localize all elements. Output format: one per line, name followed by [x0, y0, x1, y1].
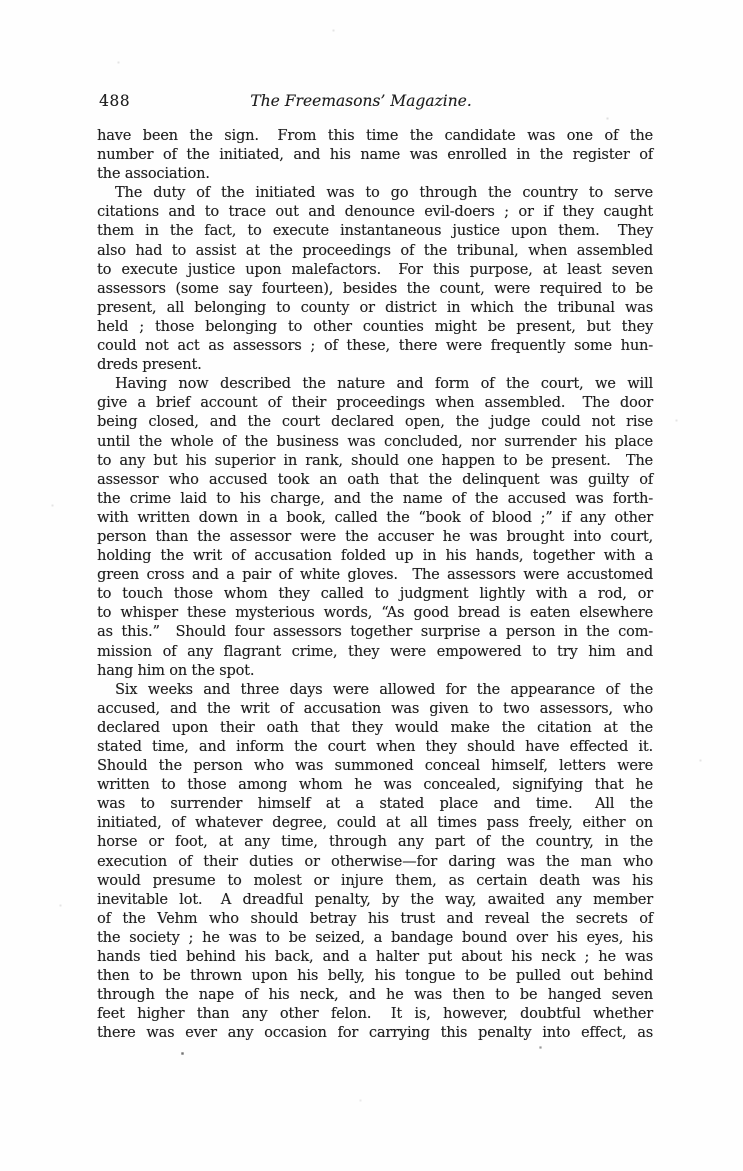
scanned-magazine-page: 488 The Freemasons’ Magazine. have been …: [0, 0, 743, 1171]
text-line: to any but his superior in rank, should …: [97, 452, 653, 471]
text-line: execution of their duties or otherwise—f…: [97, 853, 653, 872]
text-line: to execute justice upon malefactors. For…: [97, 261, 653, 280]
text-line: Should the person who was summoned conce…: [97, 757, 653, 776]
text-line: to touch those whom they called to judgm…: [97, 585, 653, 604]
text-line: also had to assist at the proceedings of…: [97, 242, 653, 261]
text-line: have been the sign. From this time the c…: [97, 127, 653, 146]
text-line: them in the fact, to execute instantaneo…: [97, 222, 653, 241]
text-line: of the Vehm who should betray his trust …: [97, 910, 653, 929]
text-line: present, all belonging to county or dist…: [97, 299, 653, 318]
text-line: held ; those belonging to other counties…: [97, 318, 653, 337]
text-line: citations and to trace out and denounce …: [97, 203, 653, 222]
text-line: number of the initiated, and his name wa…: [97, 146, 653, 165]
text-line: Six weeks and three days were allowed fo…: [97, 681, 653, 700]
text-line: Having now described the nature and form…: [97, 375, 653, 394]
text-line: as this.” Should four assessors together…: [97, 623, 653, 642]
text-line: being closed, and the court declared ope…: [97, 413, 653, 432]
text-line: to whisper these mysterious words, “As g…: [97, 604, 653, 623]
text-line: initiated, of whatever degree, could at …: [97, 814, 653, 833]
paragraph: The duty of the initiated was to go thro…: [97, 184, 653, 375]
text-line: accused, and the writ of accusation was …: [97, 700, 653, 719]
text-line: dreds present.: [97, 356, 653, 375]
text-line: hands tied behind his back, and a halter…: [97, 948, 653, 967]
text-line: feet higher than any other felon. It is,…: [97, 1005, 653, 1024]
text-line: the society ; he was to be seized, a ban…: [97, 929, 653, 948]
text-line: mission of any flagrant crime, they were…: [97, 643, 653, 662]
paragraph: Six weeks and three days were allowed fo…: [97, 681, 653, 1044]
text-line: with written down in a book, called the …: [97, 509, 653, 528]
text-line: there was ever any occasion for carrying…: [97, 1024, 653, 1043]
text-line: declared upon their oath that they would…: [97, 719, 653, 738]
paragraph: have been the sign. From this time the c…: [97, 127, 653, 184]
text-line: then to be thrown upon his belly, his to…: [97, 967, 653, 986]
text-line: horse or foot, at any time, through any …: [97, 833, 653, 852]
text-line: holding the writ of accusation folded up…: [97, 547, 653, 566]
page-header: 488 The Freemasons’ Magazine.: [97, 92, 653, 114]
text-line: The duty of the initiated was to go thro…: [97, 184, 653, 203]
text-line: could not act as assessors ; of these, t…: [97, 337, 653, 356]
text-line: was to surrender himself at a stated pla…: [97, 795, 653, 814]
text-line: stated time, and inform the court when t…: [97, 738, 653, 757]
running-head-title: The Freemasons’ Magazine.: [83, 92, 639, 110]
paragraph: Having now described the nature and form…: [97, 375, 653, 681]
text-line: the association.: [97, 165, 653, 184]
text-line: through the nape of his neck, and he was…: [97, 986, 653, 1005]
text-line: written to those among whom he was conce…: [97, 776, 653, 795]
text-line: until the whole of the business was conc…: [97, 433, 653, 452]
text-line: the crime laid to his charge, and the na…: [97, 490, 653, 509]
text-line: assessor who accused took an oath that t…: [97, 471, 653, 490]
scan-noise-specks: [0, 0, 1, 1]
text-line: green cross and a pair of white gloves. …: [97, 566, 653, 585]
page-body: have been the sign. From this time the c…: [97, 127, 653, 1044]
text-line: person than the assessor were the accuse…: [97, 528, 653, 547]
text-line: would presume to molest or injure them, …: [97, 872, 653, 891]
text-line: give a brief account of their proceeding…: [97, 394, 653, 413]
text-line: inevitable lot. A dreadful penalty, by t…: [97, 891, 653, 910]
text-line: hang him on the spot.: [97, 662, 653, 681]
text-line: assessors (some say fourteen), besides t…: [97, 280, 653, 299]
